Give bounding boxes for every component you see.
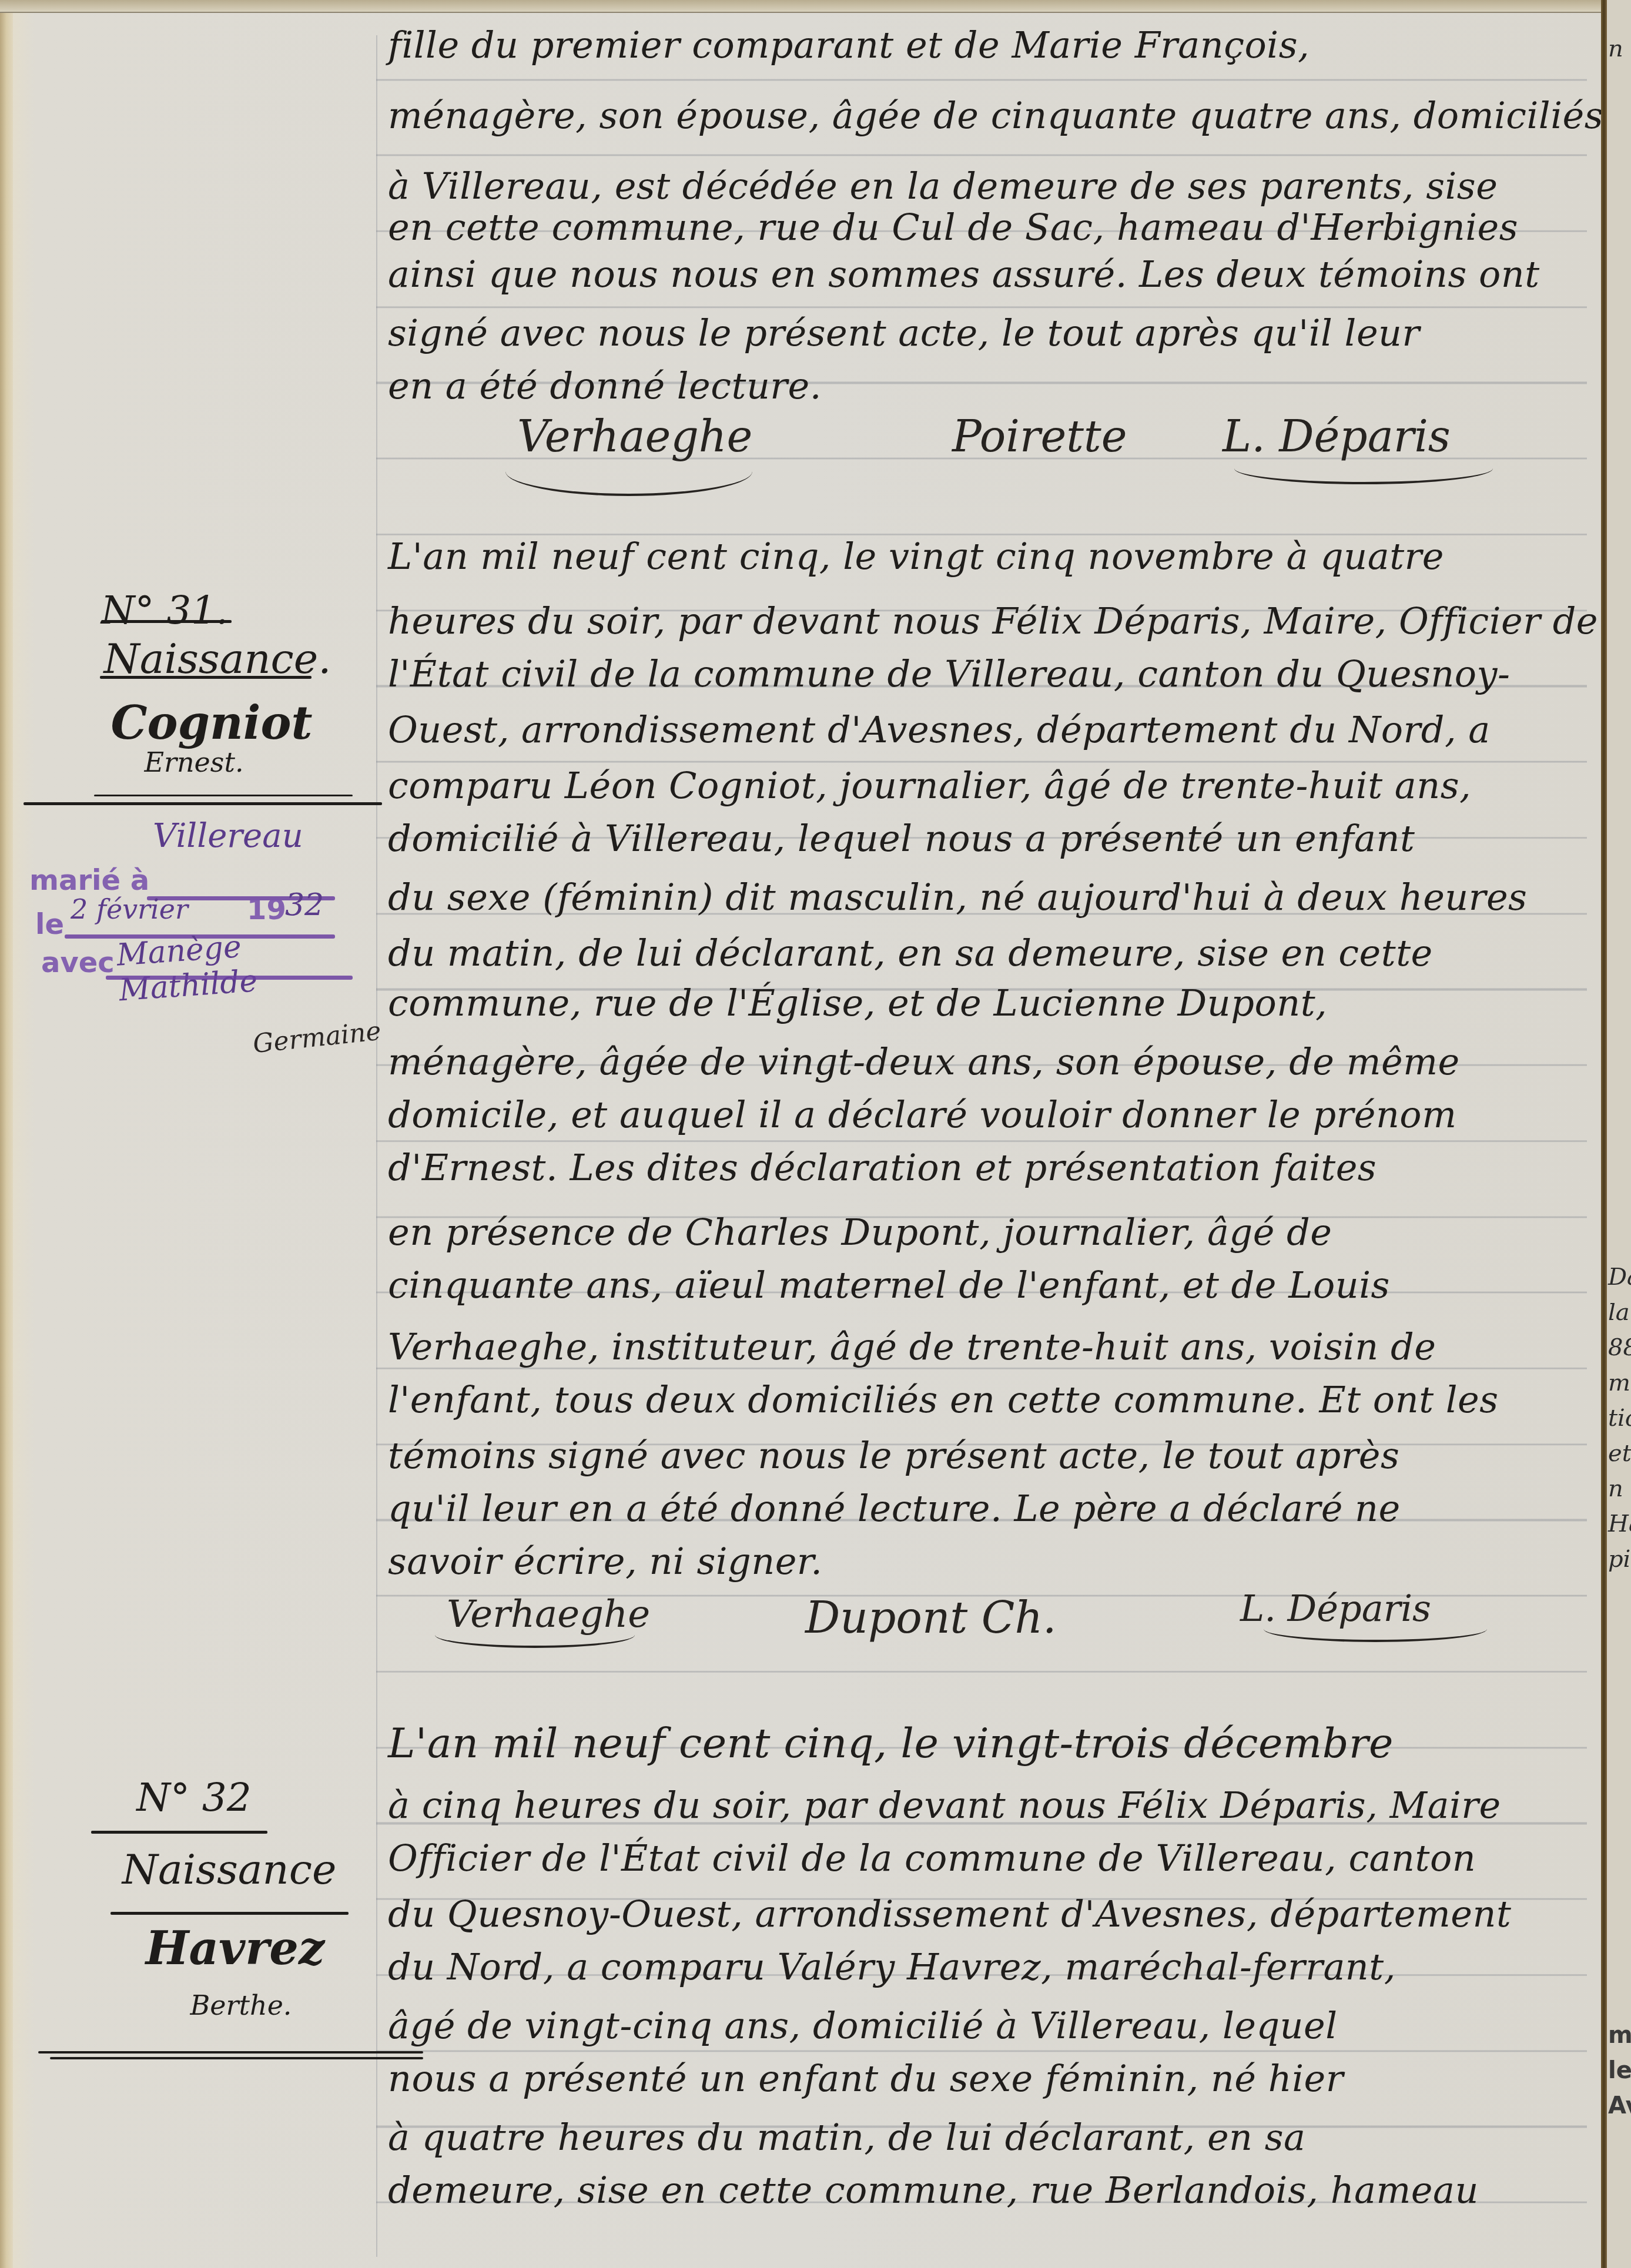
next-page-edge: n Dan la 88 mo tio et n Ha pi ma le Av (1607, 0, 1631, 2268)
text-line: du Nord, a comparu Valéry Havrez, maréch… (388, 1945, 1599, 1988)
text-line: d'Ernest. Les dites déclaration et prése… (388, 1146, 1599, 1189)
text-line: savoir écrire, ni signer. (388, 1540, 1599, 1583)
text-line: Officier de l'État civil de la commune d… (388, 1837, 1599, 1880)
text-line: commune, rue de l'Église, et de Lucienne… (388, 981, 1599, 1024)
text-line: ménagère, âgée de vingt-deux ans, son ép… (388, 1040, 1599, 1083)
text-line: L'an mil neuf cent cinq, le vingt cinq n… (388, 535, 1599, 578)
text-line: témoins signé avec nous le présent acte,… (388, 1434, 1599, 1477)
margin-divider (376, 35, 377, 2257)
next-page-fragment: Dan (1608, 1264, 1631, 1291)
text-line: domicilié à Villereau, lequel nous a pré… (388, 817, 1599, 860)
act-number: N° 32 (112, 1775, 276, 1820)
text-line: heures du soir, par devant nous Félix Dé… (388, 599, 1599, 642)
given-name: Ernest. (129, 746, 259, 778)
next-page-fragment: et (1608, 1440, 1631, 1467)
text-line: l'État civil de la commune de Villereau,… (388, 652, 1599, 695)
divider (50, 2057, 423, 2059)
text-line: L'an mil neuf cent cinq, le vingt-trois … (388, 1719, 1599, 1767)
signature-flourish (505, 447, 752, 496)
signature: Dupont Ch. (805, 1593, 1057, 1643)
signature-flourish (1264, 1616, 1487, 1642)
next-page-stamp-fragment: Av (1608, 2092, 1631, 2119)
signature-flourish (435, 1622, 635, 1648)
next-page-fragment: n (1608, 1475, 1623, 1502)
text-line: Ouest, arrondissement d'Avesnes, départe… (388, 708, 1599, 751)
stamp-year-prefix: 19 (247, 893, 286, 926)
stamp-date-label: le (35, 908, 64, 941)
next-page-fragment: tio (1608, 1405, 1631, 1432)
divider (94, 795, 353, 796)
stamp-spouse-label: avec (41, 946, 115, 979)
next-page-fragment: n (1608, 35, 1623, 62)
text-line: signé avec nous le présent acte, le tout… (388, 311, 1599, 354)
text-line: en cette commune, rue du Cul de Sac, ham… (388, 206, 1599, 249)
next-page-fragment: la (1608, 1299, 1630, 1326)
stamp-place-label: marié à (29, 864, 149, 897)
act-number: N° 31. (88, 588, 241, 633)
surname: Cogniot (106, 696, 317, 750)
text-line: domicile, et auquel il a déclaré vouloir… (388, 1093, 1599, 1136)
text-line: fille du premier comparant et de Marie F… (388, 24, 1599, 66)
next-page-fragment: mo (1608, 1369, 1631, 1396)
text-line: l'enfant, tous deux domiciliés en cette … (388, 1378, 1599, 1421)
text-line: ainsi que nous nous en sommes assuré. Le… (388, 253, 1599, 296)
stamp-underline (106, 976, 353, 980)
given-name: Berthe. (153, 1989, 329, 2021)
text-line: Verhaeghe, instituteur, âgé de trente-hu… (388, 1325, 1599, 1368)
divider (24, 802, 382, 805)
text-line: du matin, de lui déclarant, en sa demeur… (388, 932, 1599, 974)
text-line: à quatre heures du matin, de lui déclara… (388, 2116, 1599, 2159)
next-page-fragment: 88 (1608, 1334, 1631, 1361)
divider (38, 2051, 423, 2053)
text-line: âgé de vingt-cinq ans, domicilié à Ville… (388, 2004, 1599, 2047)
underline (100, 676, 312, 679)
stamp-place: Villereau (153, 817, 303, 855)
text-line: en présence de Charles Dupont, journalie… (388, 1211, 1599, 1254)
next-page-fragment: pi (1608, 1546, 1630, 1573)
text-line: demeure, sise en cette commune, rue Berl… (388, 2169, 1599, 2212)
text-line: en a été donné lecture. (388, 364, 1599, 407)
next-page-stamp-fragment: ma (1608, 2022, 1631, 2049)
stamp-date: 2 février (71, 893, 188, 925)
underline (91, 1831, 267, 1834)
marriage-stamp: Villereau marié à le 2 février 19 32 ave… (29, 817, 382, 993)
underline (101, 620, 232, 623)
text-line: nous a présenté un enfant du sexe fémini… (388, 2057, 1599, 2100)
text-line: cinquante ans, aïeul maternel de l'enfan… (388, 1264, 1599, 1306)
signature: Poirette (952, 411, 1127, 462)
text-line: ménagère, son épouse, âgée de cinquante … (388, 94, 1599, 137)
binding-edge (0, 0, 13, 2268)
text-line: à Villereau, est décédée en la demeure d… (388, 165, 1599, 207)
act-type: Naissance (112, 1845, 347, 1894)
next-page-fragment: Ha (1608, 1510, 1631, 1537)
signature-flourish (1234, 453, 1493, 484)
binding-gutter (1601, 0, 1607, 2268)
surname: Havrez (129, 1922, 341, 1975)
next-page-stamp-fragment: le (1608, 2057, 1631, 2084)
stamp-year-suffix: 32 (285, 887, 324, 923)
text-line: qu'il leur en a été donné lecture. Le pè… (388, 1487, 1599, 1530)
text-line: du sexe (féminin) dit masculin, né aujou… (388, 876, 1599, 919)
text-line: du Quesnoy-Ouest, arrondissement d'Avesn… (388, 1892, 1599, 1935)
text-line: à cinq heures du soir, par devant nous F… (388, 1784, 1599, 1827)
underline (110, 1912, 349, 1915)
text-line: comparu Léon Cogniot, journalier, âgé de… (388, 764, 1599, 807)
